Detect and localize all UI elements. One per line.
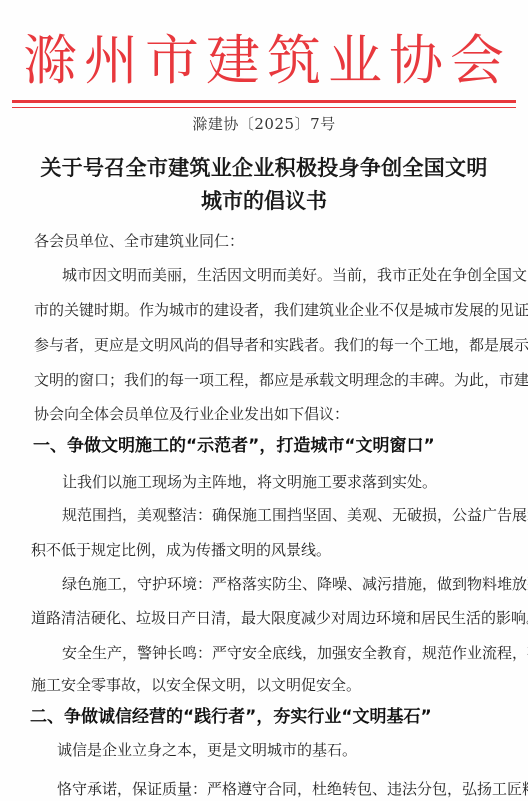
- intro-line: 协会向全体会员单位及行业企业发出如下倡议：: [34, 404, 349, 424]
- salutation: 各会员单位、全市建筑业同仁：: [34, 231, 244, 251]
- document-page: 滁州市建筑业协会 滁建协〔2025〕7号 关于号召全市建筑业企业积极投身争创全国…: [0, 0, 528, 801]
- intro-line: 参与者，更应是文明风尚的倡导者和实践者。我们的每一个工地，都是展示城市: [34, 335, 528, 355]
- section-heading: 二、争做诚信经营的“践行者”，夯实行业“文明基石”: [30, 706, 432, 728]
- document-title-line-2: 城市的倡议书: [0, 188, 528, 214]
- paragraph-line: 安全生产，警钟长鸣：严守安全底线，加强安全教育，规范作业流程，确保: [62, 643, 528, 663]
- paragraph-line: 积不低于规定比例，成为传播文明的风景线。: [31, 540, 331, 560]
- document-number: 滁建协〔2025〕7号: [0, 114, 528, 134]
- paragraph-line: 恪守承诺，保证质量：严格遵守合同，杜绝转包、违法分包，弘扬工匠精神，: [57, 779, 528, 799]
- paragraph-line: 绿色施工，守护环境：严格落实防尘、降噪、减污措施，做到物料堆放整齐、: [62, 574, 528, 594]
- paragraph-line: 诚信是企业立身之本，更是文明城市的基石。: [57, 740, 357, 760]
- intro-line: 城市因文明而美丽，生活因文明而美好。当前，我市正处在争创全国文明城: [62, 265, 528, 285]
- intro-line: 市的关键时期。作为城市的建设者，我们建筑业企业不仅是城市发展的见证者和: [34, 300, 528, 320]
- paragraph-line: 施工安全零事故，以安全保文明，以文明促安全。: [31, 675, 361, 695]
- paragraph-line: 道路清洁硬化、垃圾日产日清，最大限度减少对周边环境和居民生活的影响。: [31, 608, 528, 628]
- intro-line: 文明的窗口；我们的每一项工程，都应是承载文明理念的丰碑。为此，市建筑业: [34, 370, 528, 390]
- paragraph-line: 规范围挡，美观整洁：确保施工围挡坚固、美观、无破损，公益广告展示面: [62, 505, 528, 525]
- section-heading: 一、争做文明施工的“示范者”，打造城市“文明窗口”: [33, 435, 435, 457]
- letterhead-organization-name: 滁州市建筑业协会: [0, 28, 528, 94]
- letterhead-red-rule-thick: [12, 100, 516, 103]
- document-title-line-1: 关于号召全市建筑业企业积极投身争创全国文明: [0, 155, 528, 181]
- letterhead-red-rule-thin: [12, 107, 516, 108]
- paragraph-line: 让我们以施工现场为主阵地，将文明施工要求落到实处。: [62, 472, 437, 492]
